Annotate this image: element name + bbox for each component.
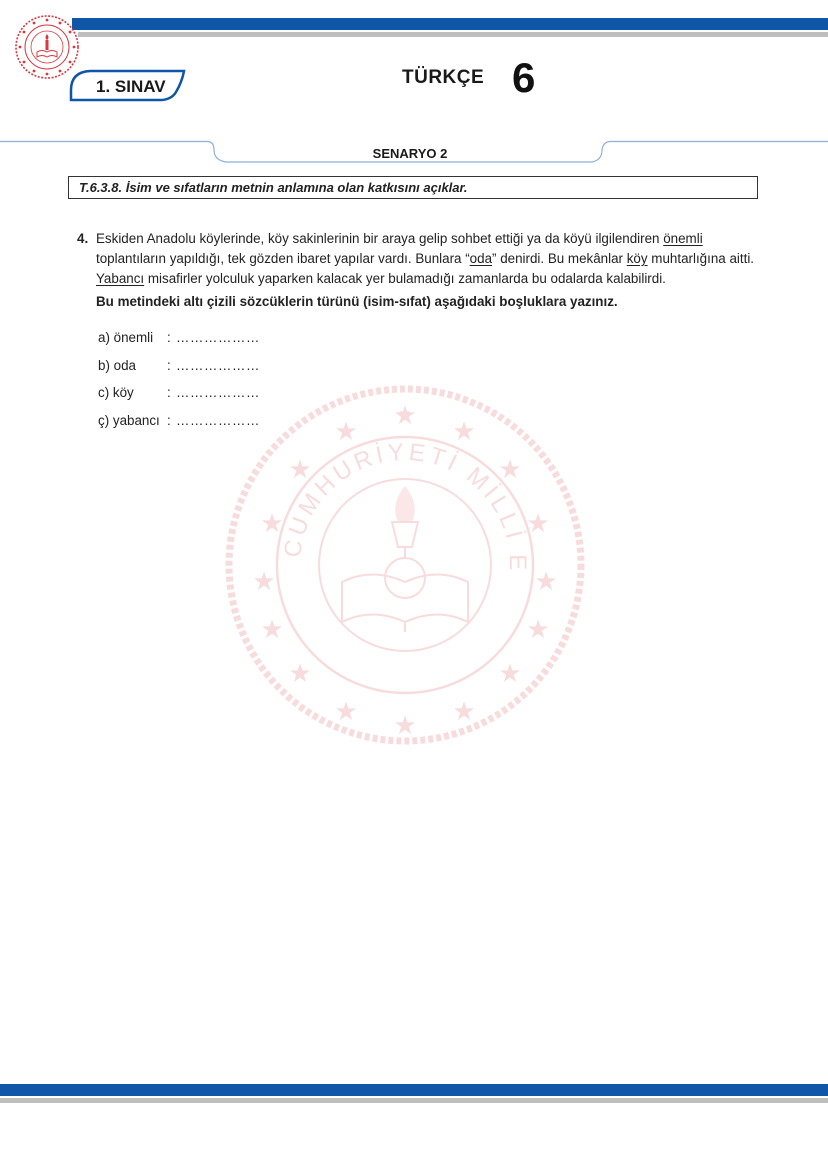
header-bar-grey [78,32,828,37]
meb-seal-watermark-icon: ★ ★ ★ ★ ★ ★ ★ ★ ★ ★ ★ ★ ★ ★ ★ ★ ★ CUMHUR… [222,382,588,748]
underlined-word: önemli [663,231,702,246]
answer-blank[interactable]: ……………… [176,330,260,345]
svg-text:★: ★ [498,659,521,689]
svg-text:★: ★ [452,417,475,447]
svg-text:★: ★ [452,697,475,727]
passage-text: ” denirdi. Bu mekânlar [492,251,627,266]
question-number: 4. [77,229,88,249]
svg-text:★: ★ [260,509,283,539]
answer-colon: : [167,358,171,373]
svg-text:★: ★ [252,567,275,597]
svg-text:★: ★ [498,455,521,485]
svg-text:★: ★ [334,697,357,727]
passage-text: toplantıların yapıldığı, tek gözden ibar… [96,251,470,266]
svg-text:★: ★ [393,401,416,431]
passage-text: Eskiden Anadolu köylerinde, köy sakinler… [96,231,663,246]
svg-text:★: ★ [334,417,357,447]
underlined-word: Yabancı [96,271,144,286]
section-title-text: SENARYO 2 [373,146,448,161]
svg-text:★: ★ [526,509,549,539]
svg-text:★: ★ [393,711,416,741]
answer-label: ç) yabancı [98,413,160,428]
learning-objective-box: T.6.3.8. İsim ve sıfatların metnin anlam… [68,176,758,199]
question-instruction: Bu metindeki altı çizili sözcüklerin tür… [96,294,618,309]
answer-colon: : [167,330,171,345]
passage-text: muhtarlığına aitti. [648,251,754,266]
learning-objective-text: T.6.3.8. İsim ve sıfatların metnin anlam… [79,180,467,195]
exam-label: 1. SINAV [96,77,166,97]
underlined-word: oda [470,251,492,266]
section-title: SENARYO 2 [0,146,828,161]
answer-colon: : [167,385,171,400]
svg-text:★: ★ [288,659,311,689]
passage-text: misafirler yolculuk yaparken kalacak yer… [144,271,666,286]
exam-number-tab: 1. SINAV [68,68,188,102]
svg-text:★: ★ [260,615,283,645]
grade-number: 6 [512,54,535,102]
footer-bar-grey [0,1098,828,1103]
answer-colon: : [167,413,171,428]
subject-title: TÜRKÇE [402,67,484,89]
answer-label: c) köy [98,385,134,400]
answer-label: b) oda [98,358,136,373]
svg-text:★: ★ [288,455,311,485]
answer-blank[interactable]: ……………… [176,358,260,373]
svg-text:★: ★ [526,615,549,645]
question-passage: Eskiden Anadolu köylerinde, köy sakinler… [96,229,766,289]
header-bar-blue [72,18,828,30]
svg-text:★: ★ [534,567,557,597]
footer-bar-blue [0,1084,828,1096]
underlined-word: köy [627,251,648,266]
answer-label: a) önemli [98,330,153,345]
